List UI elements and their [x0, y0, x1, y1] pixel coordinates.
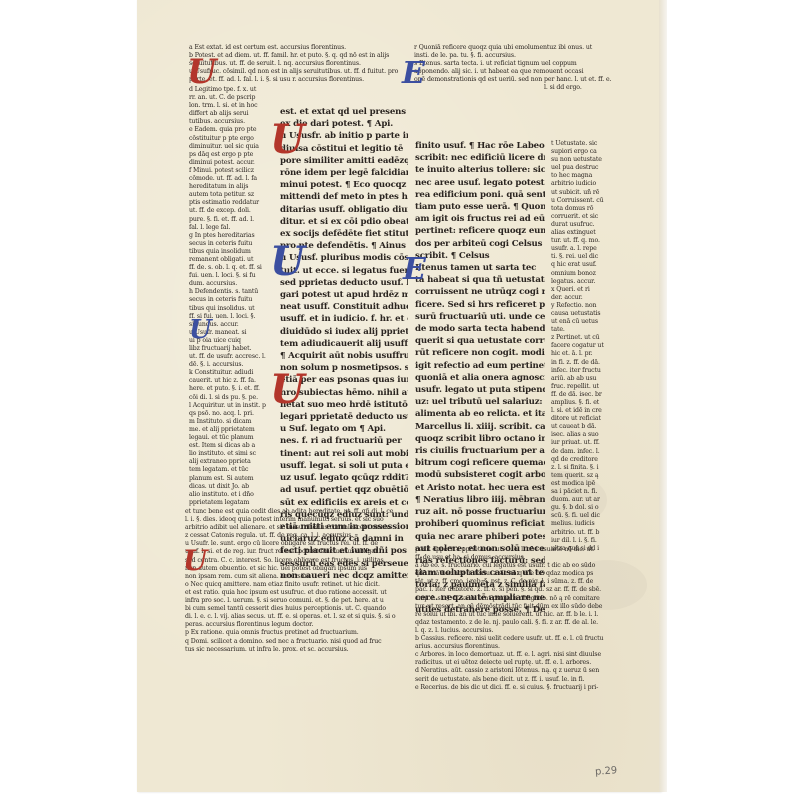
gloss-line: arbitrio. ut. ff. b: [551, 529, 621, 537]
gloss-line: l. si. et idē in cre: [551, 407, 621, 415]
gloss-line: differt ab alijs serui: [189, 110, 273, 118]
text-line: rea edificium poni. quā sentē: [415, 189, 545, 201]
gloss-right-column: t Uetustate. sic supiori ergo ca su non …: [551, 140, 621, 553]
gloss-line: me. et alij pprietatem: [189, 426, 273, 434]
gloss-line: hic et. ā. l. pr.: [551, 350, 621, 358]
gloss-line: alias extinguet: [551, 229, 621, 237]
text-line: nec aree usuf. legato potest i a: [415, 177, 545, 189]
gloss-line: cōi di. l. si ds pu. §. pe.: [189, 394, 273, 402]
gloss-line: here. et puto. §. i. et. ff.: [189, 385, 273, 393]
text-line: ris quecūqz ediuz sunt: unde: [280, 509, 408, 521]
gloss-line: o Nec quicq amittere. nam etiaz finito u…: [185, 581, 410, 589]
gloss-line: causa uetustatis: [551, 310, 621, 318]
gloss-line: tota domus rō: [551, 205, 621, 213]
gloss-line: e Recerius. de bis dic ut dici. ff. e. s…: [415, 684, 625, 692]
gloss-line: tāt. ut z. ff. cmo. i reb. §. pst. z. C.…: [415, 578, 625, 586]
gloss-line: iur dil. l. i. §. fi.: [551, 537, 621, 545]
gloss-line: radicitus. ut ei uētoz deiecte uel ruptę…: [415, 659, 625, 667]
gloss-line: lon. trm. l. si. et in hoc: [189, 102, 273, 110]
gloss-line: tur. ut. ff. q. mo.: [551, 237, 621, 245]
text-line: alimenta ab eo relicta. et ita: [415, 408, 545, 420]
gloss-line: qdā enā hoc hbz in textu. z sic nō q rōe…: [415, 570, 625, 578]
gloss-line: facere cogatur ut: [551, 342, 621, 350]
gloss-line: pedit ēpperit a pprietario. ut. C. e. l.…: [415, 546, 625, 554]
text-line: igit refectio ad eum pertinet: [415, 360, 545, 372]
text-line: ad usuf. pertiet qqz obuētiōes: [280, 484, 408, 496]
text-line: scribit: nec edificiū licere dño: [415, 152, 545, 164]
gloss-line: f Minui. potest scilicz: [189, 167, 273, 175]
gloss-line: insti. de le. pa. tu. §. fi. accursius.: [414, 52, 614, 60]
blue-initial-u: U: [270, 238, 305, 285]
gloss-line: peras. accursius florentinus legum docto…: [185, 621, 410, 629]
gloss-line: alij extraneo pprieta: [189, 458, 273, 466]
gloss-line: in fi. z. ff. de dā.: [551, 359, 621, 367]
text-line: ficere. Sed si hrs reficeret pas: [415, 299, 545, 311]
gloss-line: dicas. ut dixit Jo. ab: [189, 483, 273, 491]
gloss-line: amplius. §. fi. et: [551, 399, 621, 407]
text-line: et Aristo notat. hec uera est: [415, 482, 545, 494]
gloss-line: qd de creditore: [551, 456, 621, 464]
red-initial-u: U: [270, 366, 305, 413]
gloss-line: q Domi. scilicet a domino. sed nec a fru…: [185, 638, 410, 646]
gloss-line: sa i pāciet n. fi.: [551, 488, 621, 496]
gloss-line: isec. alias a suo: [551, 431, 621, 439]
gloss-line: dum. accursius.: [189, 280, 273, 288]
gloss-line: ut. ff. de excep. doli.: [189, 207, 273, 215]
gloss-line: omnium bonoz: [551, 270, 621, 278]
gloss-line: lio instituto. et simi sc: [189, 450, 273, 458]
gloss-line: duom. aur. ut ar: [551, 496, 621, 504]
gloss-line: ptis estimatio reddatur: [189, 199, 273, 207]
text-line: mittendi def meto in ptes her: [280, 191, 408, 203]
text-line: u Suf. legato om ¶ Api.: [280, 423, 408, 435]
gloss-line: fui. uen. l. loci. §. si fu: [189, 272, 273, 280]
gloss-line: diminui potest. accur.: [189, 159, 273, 167]
text-line: sessurū eas edes si perseueret: [280, 558, 408, 570]
text-line: gari potest ut apud hrdēz ma: [280, 289, 408, 301]
gloss-line: infra pro soc. l. uerum. §. si seruo com…: [185, 597, 410, 605]
text-line: ditur. et si ex cōi pdio obeat uno: [280, 216, 408, 228]
gloss-line: d Legitimo tpe. f. x. ut: [189, 86, 273, 94]
text-line: tem adiudicauerit alij usuff.: [280, 338, 408, 350]
gloss-line: u Corruissent. cū: [551, 197, 621, 205]
text-line: minui potest. ¶ Eco quocqz p: [280, 179, 408, 191]
gloss-line: qs psō. no. acq. l. pri.: [189, 410, 273, 418]
gloss-line: qdaz testamento. z de le. nj. paulo cali…: [415, 619, 625, 627]
blue-initial-e: E: [402, 56, 425, 91]
gloss-line: c Arbores. in loco demortuaz. ut. ff. e.…: [415, 651, 625, 659]
text-line: etiā mitti eum in possessionez: [280, 521, 408, 533]
gloss-line: tate.: [551, 326, 621, 334]
gloss-line: melius. iudicis: [551, 520, 621, 528]
blue-initial-e: E: [403, 252, 426, 287]
text-line: querit si qua uetustate corrue: [415, 335, 545, 347]
gloss-line: tem querit. sz ą: [551, 472, 621, 480]
gloss-line: a Est extat. id est certum est. accursiu…: [189, 44, 404, 52]
gloss-line: cōstituitur p pte ergo: [189, 135, 273, 143]
gloss-line: tur. ut resert. an cū dēmōstrādi tūc fui…: [415, 603, 625, 611]
gloss-line: cōmode. ut. ff. ad. l. fa: [189, 175, 273, 183]
text-line: finito usuf. ¶ Hac rōe Labeo: [415, 140, 545, 152]
main-text-left-column: est. et extat qd uel presens ul ex die d…: [280, 106, 408, 582]
gloss-line: tutibus. accursius.: [189, 118, 273, 126]
gloss-line: secus in ceteris fuitu: [189, 240, 273, 248]
gloss-line: seruitutibus. ut. ff. de seruit. l. nq. …: [189, 60, 404, 68]
manuscript-leaf: a Est extat. id est certum est. accursiu…: [137, 0, 661, 792]
gloss-line: ff. de dā. isec. br: [551, 391, 621, 399]
gloss-line: scū. §. fi. uel dic: [551, 512, 621, 520]
gloss-line: ut subicit. uñ rē: [551, 189, 621, 197]
text-line: bitrum cogi reficere quemad: [415, 457, 545, 469]
text-line: te inuito alterius tollere: sicuti: [415, 164, 545, 176]
gloss-line: emp. l. si. §. fi. sz ibi erat psonalis …: [415, 595, 625, 603]
gloss-line: parte. et. ff. ad. l. fal. l. i. §. si u…: [189, 76, 404, 84]
gloss-line: re solui ut ibi. an ut tūc inde solueren…: [415, 611, 625, 619]
gloss-line: ut enā cū uetus: [551, 318, 621, 326]
gloss-line: to hec magna: [551, 172, 621, 180]
gloss-line: pure. §. fi. et. ff. ad. l.: [189, 216, 273, 224]
gloss-line: et est ratio. quia hoc ipsum est usufruc…: [185, 589, 410, 597]
text-line: tiam puto esse uerā. ¶ Quoni: [415, 201, 545, 213]
gloss-line: di. l. e. c. l. vij. alias secus. ut. ff…: [185, 613, 410, 621]
text-line: corruissent ne utrūqz cogi re: [415, 286, 545, 298]
gloss-line: rr. an. ut. C. de pscrip: [189, 94, 273, 102]
gloss-line: l Acquiritur. ut in instit. p: [189, 402, 273, 410]
text-line: Etenus tamen ut sarta tec: [415, 262, 545, 274]
gloss-line: usufr. a. l. repe: [551, 245, 621, 253]
text-line: ¶ Acquirit aūt nobis usuffruc.: [280, 350, 408, 362]
gloss-line: legatus. accur.: [551, 278, 621, 286]
gloss-line: ditore ut reficiat: [551, 415, 621, 423]
text-line: am igit ois fructus rei ad eūz: [415, 213, 545, 225]
gloss-line: gu. §. b dol. si o: [551, 504, 621, 512]
gloss-bottom-right: pedit ēpperit a pprietario. ut. C. e. l.…: [415, 546, 625, 692]
gloss-line: alio instituto. et i dño: [189, 491, 273, 499]
gloss-line: secus in ceteris fuitu: [189, 296, 273, 304]
gloss-line: est. Item si dicas ab a: [189, 442, 273, 450]
text-line: ¶ Neratius libro iiij. mēbrana: [415, 494, 545, 506]
gloss-line: der. accur.: [551, 294, 621, 302]
blue-initial-u: U: [189, 315, 212, 345]
gloss-line: fruc. repellit. ut: [551, 383, 621, 391]
gloss-line: q hic erat usuf.: [551, 261, 621, 269]
gloss-line: infec. iter fructu: [551, 367, 621, 375]
gloss-line: y Refectio. non: [551, 302, 621, 310]
text-line: rōne idem per legē falcidiam: [280, 167, 408, 179]
red-initial-u: U: [183, 544, 207, 577]
gloss-line: arius. accursius florentinus.: [415, 643, 625, 651]
gloss-line: m Instituto. si dicam: [189, 418, 273, 426]
gloss-line: planum est. Si autem: [189, 475, 273, 483]
text-line: rūt reficere non cogit. modica: [415, 347, 545, 359]
red-initial-u: U: [270, 116, 305, 163]
gloss-line: est modica ipē: [551, 480, 621, 488]
pencil-folio-note: p.29: [595, 765, 618, 778]
text-line: uiciaruz ediuz cā damni in: [280, 533, 408, 545]
text-line: Marcellus li. xiiij. scribit. cassius: [415, 421, 545, 433]
gloss-line: ariū. ab ab usu: [551, 375, 621, 383]
text-line: modū subsisteret cogit arbores: [415, 469, 545, 481]
gloss-line: ps dāq est ergo p pte: [189, 151, 273, 159]
gloss-line: h Defendentis. s. tantū: [189, 288, 273, 296]
main-text-right-column: finito usuf. ¶ Hac rōe Labeo scribit: ne…: [415, 140, 545, 616]
gloss-line: z Pertinet. ut cū: [551, 334, 621, 342]
text-line: de modo sarta tecta habendi: [415, 323, 545, 335]
gloss-line: remanent obligati. ut: [189, 256, 273, 264]
text-line: nes. f. ri ad fructuariū per: [280, 435, 408, 447]
gloss-line: cauerit. ut hic z. ff. fa.: [189, 377, 273, 385]
gloss-line: e Eadem. quia pro pte: [189, 126, 273, 134]
gloss-line: su non uetustate: [551, 156, 621, 164]
gloss-line: ff. de. s. ob. l. q. et. ff. si: [189, 264, 273, 272]
gloss-line: k Constituitur. adiudi: [189, 369, 273, 377]
gloss-line: tibus quia insolidum: [189, 248, 273, 256]
leaf-edge: [659, 0, 667, 792]
text-line: quoniā et alia onera agnoscit: [415, 372, 545, 384]
gloss-line: pac. l. iter debitorē. z. ff. e. si pen.…: [415, 586, 625, 594]
gloss-line: diminuitur. uel sic quia: [189, 143, 273, 151]
gloss-line: tem legatam. et tūc: [189, 466, 273, 474]
gloss-line: x Queri. et ri: [551, 286, 621, 294]
text-line: ditarias usuff. obligatio diui: [280, 204, 408, 216]
gloss-line: autem tota petitur. sz: [189, 191, 273, 199]
gloss-line: a Ab eo. s. fructuario. cui legatus est …: [415, 562, 625, 570]
gloss-line: bi cum semel tantū cesserit dies huius p…: [185, 605, 410, 613]
text-line: neat usuff. Constituit adhuc: [280, 301, 408, 313]
gloss-line: apponendo. alij sic. i. ut habeat ea que…: [414, 68, 614, 76]
gloss-line: s Etenus. sarta tecta. i. ut reficiat ti…: [414, 60, 614, 68]
gloss-line: legaui. et tūc planum: [189, 434, 273, 442]
text-line: surū fructuariū uti. unde celsus: [415, 311, 545, 323]
gloss-line: ut. ff. de usufr. accresc. l.: [189, 353, 273, 361]
gloss-line: serit de uetustate. als bene dicit. ut z…: [415, 676, 625, 684]
text-line: tinent: aut rei soli aut mobil: [280, 448, 408, 460]
text-line: usuff. et in iudicio. f. hr. et cōi: [280, 313, 408, 325]
text-line: pertinet: reficere quoqz eum e: [415, 225, 545, 237]
text-line: dos per arbiteū cogi Celsus: [415, 238, 545, 250]
text-line: uz usuf. legato qcūqz rddit? ē: [280, 472, 408, 484]
gloss-top-left: a Est extat. id est certum est. accursiu…: [189, 44, 404, 84]
text-line: prohiberi quominus reficiat: [415, 518, 545, 530]
gloss-line: hereditatum in alijs: [189, 183, 273, 191]
gloss-line: pprietatem legatam: [189, 499, 273, 507]
text-line: usuff. legat. si soli ut puta edi: [280, 460, 408, 472]
gloss-line: durat usufruc.: [551, 221, 621, 229]
text-line: ris ciuilis fructuarium per ar: [415, 445, 545, 457]
gloss-line: arbitrio iudicio: [551, 180, 621, 188]
gloss-line: t Uetustate. sic: [551, 140, 621, 148]
gloss-line: tibus qui insolidus. ut: [189, 305, 273, 313]
gloss-line: r Quoniā reficere quoqz quia ubi emolume…: [414, 44, 614, 52]
gloss-line: b Cassius. reficere. nisi uelit cedere u…: [415, 635, 625, 643]
gloss-line: u Usufruc. cōsimil. qd non est in alijs …: [189, 68, 404, 76]
gloss-line: iur priuat. ut. ff.: [551, 439, 621, 447]
text-line: quia nec arare phiberi potest: [415, 531, 545, 543]
gloss-line: b Potest. et ad diem. ut. ff. famil. hr.…: [189, 52, 404, 60]
gloss-line: p Ex ratione. quia omnis fructus pretine…: [185, 629, 410, 637]
text-line: fecti placuit et iure dñi pos: [280, 545, 408, 557]
gloss-line: d Neratius. aūt. cassio z aristoni Iōten…: [415, 667, 625, 675]
text-line: quoqz scribit libro octano in: [415, 433, 545, 445]
text-line: diuidūdo si iudex alij pprieta: [280, 326, 408, 338]
gloss-line: de dam. infec. l.: [551, 448, 621, 456]
gloss-line: ut caueat b dā.: [551, 423, 621, 431]
gloss-line: libz fructuarij habet.: [189, 345, 273, 353]
gloss-line: corruerit. et sic: [551, 213, 621, 221]
gloss-line: supiori ergo ca: [551, 148, 621, 156]
gloss-left-column: d Legitimo tpe. f. x. ut rr. an. ut. C. …: [189, 86, 273, 507]
gloss-line: z. l. si finita. §. i: [551, 464, 621, 472]
gloss-top-right: r Quoniā reficere quoqz quia ubi emolume…: [414, 44, 614, 93]
text-line: usufr. legato ut puta stipendi: [415, 384, 545, 396]
text-line: non caueri nec dcqz amittere: [280, 570, 408, 582]
gloss-line: tus sic necessarium. ut infra le. prox. …: [185, 646, 410, 654]
gloss-line: uel pua destruc: [551, 164, 621, 172]
gloss-line: l. q. z. l. lucius. accursius.: [415, 627, 625, 635]
gloss-line: g In ptes hereditarias: [189, 232, 273, 240]
gloss-line: l. si dd ergo.: [414, 84, 614, 92]
text-line: ta habeat si qua tñ uetustate: [415, 274, 545, 286]
text-line: ruz ait. nō posse fructuarium: [415, 506, 545, 518]
gloss-line: ff. de usu et ha. si domus. accursius.: [415, 554, 625, 562]
gloss-line: dē. §. i. accursius.: [189, 361, 273, 369]
text-line: scribit. ¶ Celsus: [415, 250, 545, 262]
gloss-line: fal. l. lege fal.: [189, 224, 273, 232]
gloss-line: onē demonstrationis qd est ueriū. sed no…: [414, 76, 614, 84]
text-line: sūt ex edificiis ex areis et cete: [280, 497, 408, 509]
text-line: uz: uel tributū uel salariuz: ul: [415, 396, 545, 408]
gloss-line: ti. §. rei. uel dic: [551, 253, 621, 261]
